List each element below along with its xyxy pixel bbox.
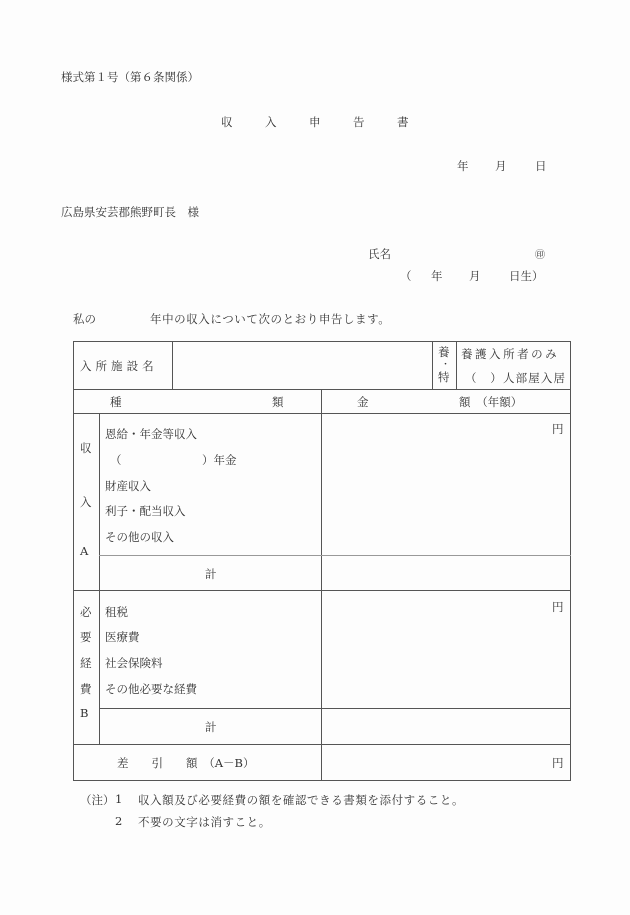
income-subtotal-label: 計 [205, 566, 217, 582]
date-year: 年 [457, 158, 469, 174]
title-char-2: 入 [265, 114, 277, 130]
title-char-4: 告 [353, 114, 365, 130]
name-label: 氏名 [368, 246, 391, 262]
income-unit: 円 [552, 421, 564, 437]
date-day: 日 [535, 158, 547, 174]
seal-icon: ㊞ [535, 246, 545, 261]
income-side-2: 入 [80, 494, 92, 510]
title-char-3: 申 [309, 114, 321, 130]
type-marker-2: 特 [438, 369, 450, 385]
expense-unit: 円 [552, 599, 564, 615]
note-1-text: 収入額及び必要経費の額を確認できる書類を添付すること。 [138, 792, 464, 808]
title-char-5: 書 [397, 114, 409, 130]
income-amount-field[interactable] [325, 418, 545, 550]
expense-item-social-insurance: 社会保険料 [105, 655, 163, 671]
expense-side-3: 経 [80, 655, 92, 671]
facility-name-label: 入所施設名 [80, 358, 158, 374]
difference-unit: 円 [552, 755, 564, 771]
income-item-interest: 利子・配当収入 [105, 503, 186, 519]
expense-side-4: 費 [80, 681, 92, 697]
expense-side-2: 要 [80, 629, 92, 645]
expense-side-1: 必 [80, 604, 92, 620]
income-side-1: 収 [80, 440, 92, 456]
title-char-1: 収 [221, 114, 233, 130]
declaration-text: 年中の収入について次のとおり申告します。 [150, 311, 390, 327]
income-item-pension: 恩給・年金等収入 [105, 426, 197, 442]
difference-field[interactable] [325, 748, 545, 776]
header-amount-right: 額 （年額） [459, 394, 522, 410]
birth-month: 月 [469, 268, 481, 284]
nursing-only-note: 養護入所者のみ [461, 346, 559, 362]
expense-item-medical: 医療費 [105, 629, 140, 645]
expense-amount-field[interactable] [325, 595, 545, 705]
note-1-num: 1 [115, 792, 122, 806]
income-side-3: A [80, 544, 88, 558]
addressee: 広島県安芸郡熊野町長 様 [61, 204, 199, 220]
income-subtotal-field[interactable] [325, 559, 565, 587]
date-month: 月 [495, 158, 507, 174]
expense-side-5: B [80, 706, 88, 720]
header-amount-left: 金 [357, 394, 369, 410]
notes-prefix: （注） [80, 792, 115, 808]
birth-open: （ [400, 268, 412, 284]
income-item-pension-type: （ ）年金 [110, 452, 237, 468]
birth-year: 年 [431, 268, 443, 284]
expense-subtotal-label: 計 [205, 719, 217, 735]
note-2-num: 2 [115, 814, 122, 828]
expense-item-other: その他必要な経費 [105, 681, 197, 697]
form-number: 様式第１号（第６条関係） [61, 69, 199, 85]
header-type-right: 類 [272, 394, 284, 410]
header-type-left: 種 [110, 394, 122, 410]
facility-name-field[interactable] [180, 350, 425, 382]
note-2-text: 不要の文字は消すこと。 [138, 814, 271, 830]
birth-day: 日生） [509, 268, 544, 284]
room-occupancy-note: （ ）人部屋入居 [465, 370, 566, 386]
income-item-other: その他の収入 [105, 529, 174, 545]
expense-subtotal-field[interactable] [325, 712, 565, 740]
declaration-prefix: 私の [73, 311, 96, 327]
difference-label: 差 引 額 （A－B） [117, 755, 255, 771]
income-item-property: 財産収入 [105, 478, 151, 494]
expense-item-tax: 租税 [105, 604, 128, 620]
